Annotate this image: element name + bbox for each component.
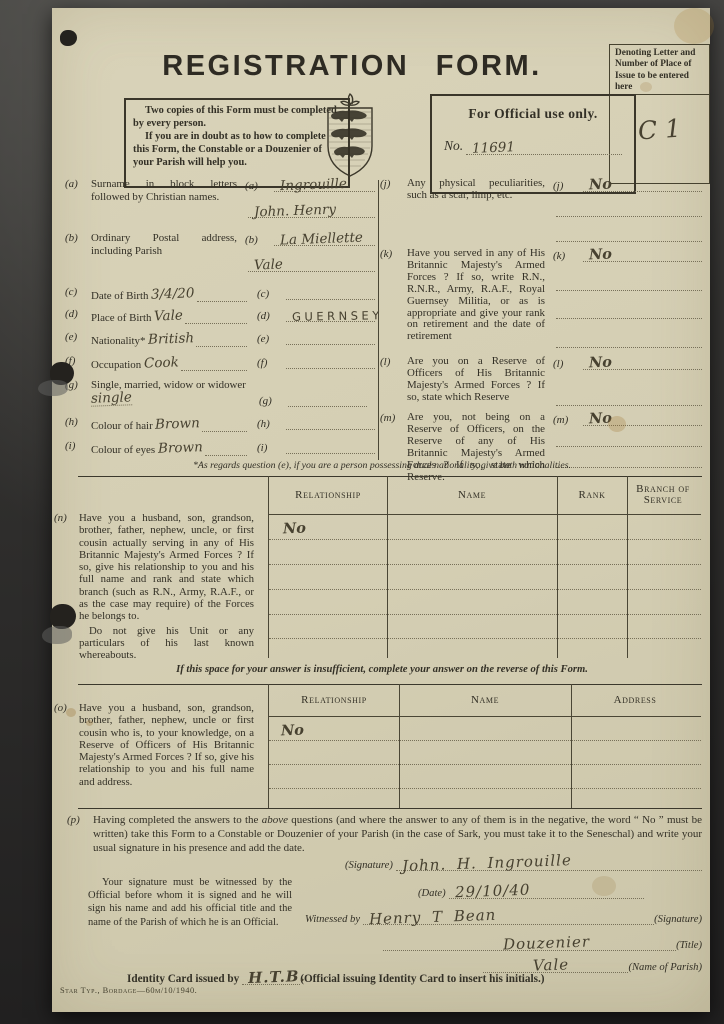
ink-smudge (38, 380, 68, 396)
question-row-f: (f) Occupation Cook (f) (65, 355, 375, 371)
question-e-label: Nationality* (91, 335, 145, 347)
official-number-label: No. (444, 138, 463, 155)
column-header-name: Name (387, 490, 557, 501)
question-b-label: Ordinary Postal address, including Paris… (91, 232, 237, 272)
question-a-answer: (a)Ingrouille John. Henry (245, 178, 375, 218)
reserve-relatives-table: Relationship Name Address No (268, 684, 701, 808)
instructions-line-2: If you are in doubt as to how to complet… (133, 130, 341, 169)
column-header-rank: Rank (557, 490, 627, 501)
official-number-field: No. 11691 (444, 138, 622, 155)
registration-form-page: REGISTRATION FORM. Denoting Letter and N… (52, 8, 710, 1012)
question-j-label: Any physical peculiarities, such as a sc… (407, 178, 545, 242)
official-use-heading: For Official use only. (444, 106, 622, 122)
question-row-h: (h) Colour of hair Brown (h) (65, 416, 375, 432)
question-d-label: Place of Birth (91, 312, 152, 324)
paper-stain (592, 876, 616, 896)
column-header-relationship: Relationship (269, 695, 399, 706)
issue-box-note: Denoting Letter and Number of Place of I… (610, 45, 709, 95)
question-p-text: (p)Having completed the answers to the a… (65, 814, 702, 855)
signature-value: John. H. Ingrouille (402, 851, 572, 875)
paper-stain (608, 416, 626, 432)
question-row-k: (k) Have you served in any of His Britan… (380, 248, 702, 348)
witness-title-field: Douzenier (Title) (380, 934, 702, 951)
form-title: REGISTRATION FORM. (92, 50, 612, 83)
column-header-relationship: Relationship (269, 490, 387, 501)
witness-instructions: Your signature must be witnessed by the … (88, 876, 292, 929)
section-rule (78, 808, 702, 809)
dual-nationality-footnote: *As regards question (e), if you are a p… (82, 460, 682, 471)
question-k-label: Have you served in any of His Britannic … (407, 248, 545, 348)
column-divider-line (378, 180, 379, 460)
question-row-j: (j) Any physical peculiarities, such as … (380, 178, 702, 242)
question-row-a: (a) Surname in block letters followed by… (65, 178, 375, 218)
question-a-label: Surname in block letters followed by Chr… (91, 178, 237, 218)
question-o-text: (o) Have you a husband, son, grandson, b… (52, 702, 254, 788)
ink-blot (60, 30, 77, 46)
question-o-answer: No (281, 722, 305, 740)
date-value: 29/10/40 (454, 881, 530, 902)
guernsey-crest-icon (320, 92, 380, 186)
identity-initials-value: H.T.B. (248, 967, 306, 987)
column-header-address: Address (571, 695, 699, 706)
instructions-line-1: Two copies of this Form must be complete… (133, 104, 341, 130)
question-row-i: (i) Colour of eyes Brown (i) (65, 440, 375, 456)
question-f-label: Occupation (91, 359, 141, 371)
witness-title-value: Douzenier (503, 932, 591, 953)
question-n-text: (n) Have you a husband, son, grandson, b… (52, 512, 254, 662)
question-l-label: Are you on a Reserve of Officers of His … (407, 356, 545, 406)
question-b-answer: (b)La Miellette Vale (245, 232, 375, 272)
service-relatives-table: Relationship Name Rank Branch of Service… (268, 476, 701, 658)
paper-stain (674, 8, 714, 44)
witness-name-value: Henry T Bean (369, 906, 497, 928)
column-header-branch: Branch of Service (627, 484, 699, 506)
paper-stain (640, 82, 652, 92)
paper-stain (86, 720, 93, 726)
instructions-box: Two copies of this Form must be complete… (124, 98, 350, 188)
printer-imprint: Star Typ., Bordage—60m/10/1940. (60, 986, 197, 995)
question-row-c: (c) Date of Birth 3/4/20 (c) (65, 286, 375, 302)
question-row-d: (d) Place of Birth Vale (d)GUERNSEY (65, 308, 375, 324)
question-row-l: (l) Are you on a Reserve of Officers of … (380, 356, 702, 406)
question-l-answer: (l)No (553, 356, 702, 406)
question-g-label: Single, married, widow or widower single (91, 379, 251, 407)
signature-field: (Signature) John. H. Ingrouille (345, 854, 702, 871)
question-j-answer: (j)No (553, 178, 702, 242)
official-number-value: 11691 (472, 139, 515, 156)
question-n-answer: No (283, 520, 307, 538)
question-row-e: (e) Nationality* British (e) (65, 331, 375, 347)
question-k-answer: (k)No (553, 248, 702, 348)
ink-smudge (42, 626, 72, 644)
question-row-g: (g) Single, married, widow or widower si… (65, 379, 375, 407)
question-i-label: Colour of eyes (91, 444, 155, 456)
question-row-b: (b) Ordinary Postal address, including P… (65, 232, 375, 272)
identity-card-field: Identity Card issued by H.T.B. (Official… (127, 968, 702, 985)
column-header-name: Name (399, 695, 571, 706)
paper-stain (66, 708, 76, 717)
insufficient-space-note: If this space for your answer is insuffi… (82, 664, 682, 675)
question-c-label: Date of Birth (91, 290, 148, 302)
question-h-label: Colour of hair (91, 420, 153, 432)
witnessed-by-field: Witnessed by Henry T Bean (Signature) (305, 908, 702, 925)
